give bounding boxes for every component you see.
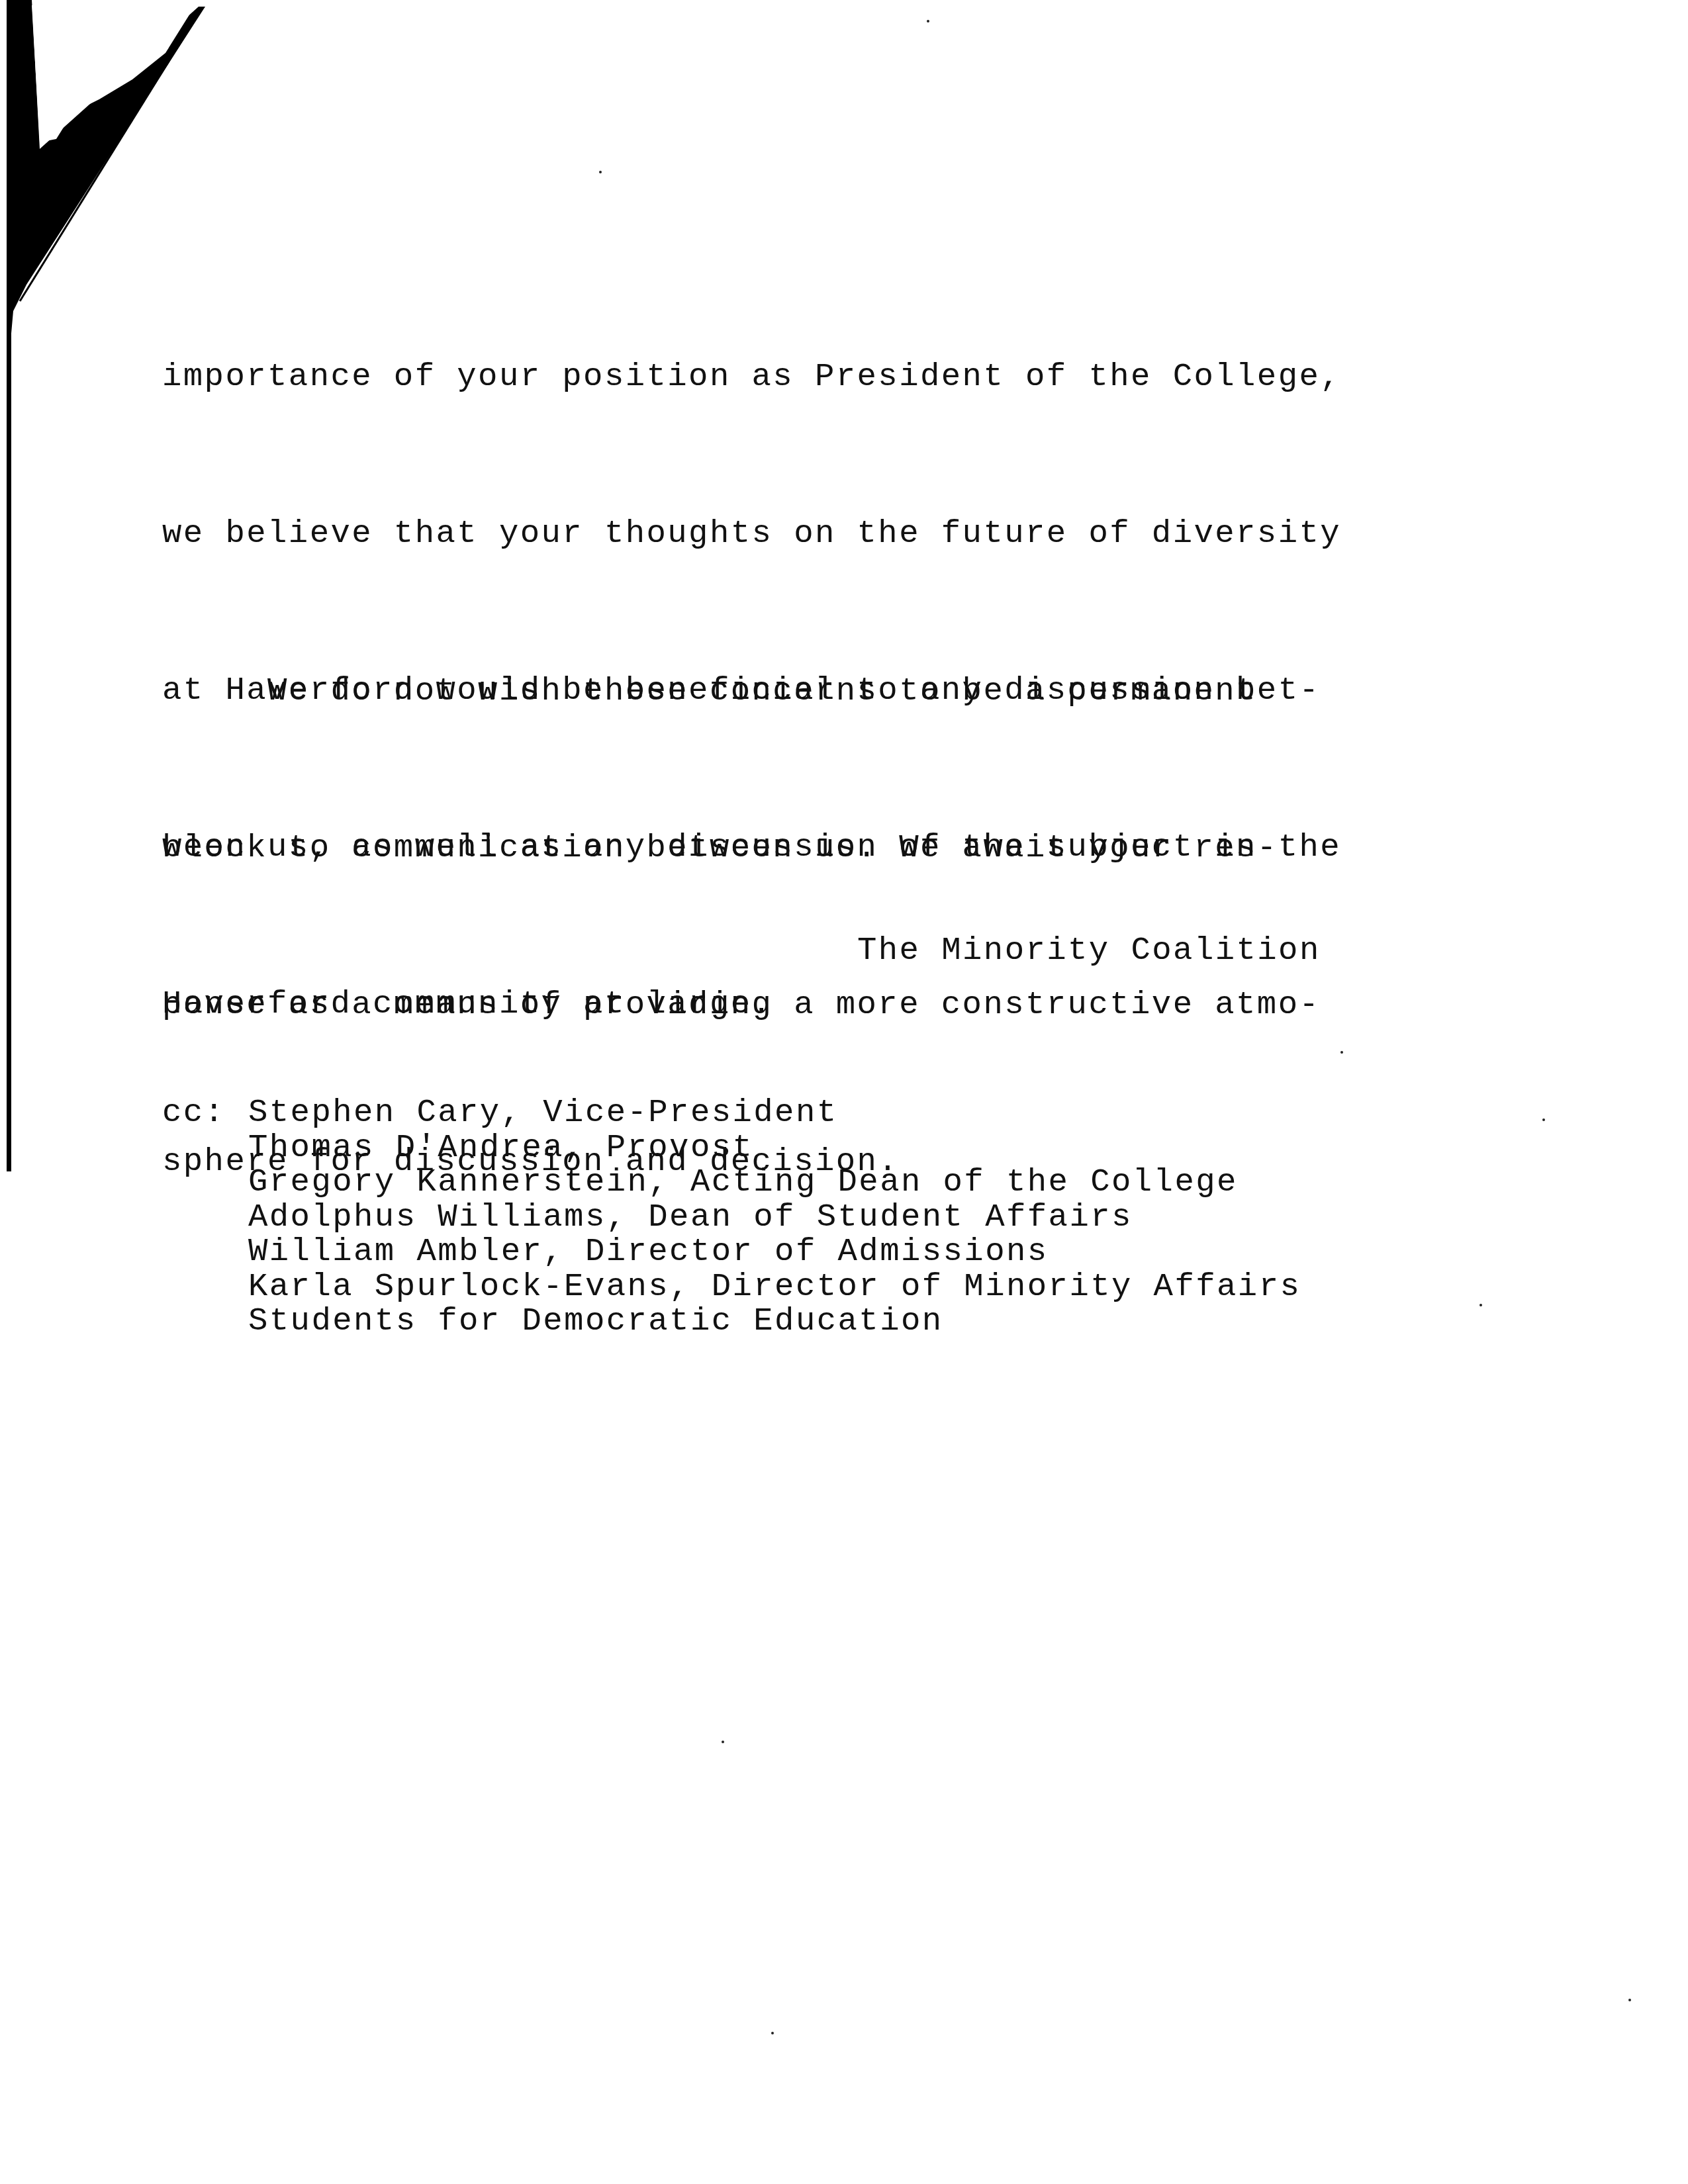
cc-list: cc:Stephen Cary, Vice-President Thomas D… [162, 1095, 1301, 1339]
cc-label: cc: [162, 1095, 248, 1130]
scan-speck [599, 171, 602, 173]
scan-speck [1479, 1304, 1482, 1306]
scan-speck [771, 2032, 774, 2034]
scan-speck [1340, 1051, 1343, 1054]
paragraph-line: We do not wish these concerns to be a pe… [162, 665, 1320, 717]
signature: The Minority Coalition [857, 932, 1321, 969]
cc-recipient: Stephen Cary, Vice-President [248, 1095, 838, 1130]
scan-speck [927, 20, 929, 23]
cc-recipient: William Ambler, Director of Admissions [248, 1234, 1049, 1269]
paragraph-line: block to communication between us. We aw… [162, 822, 1320, 874]
paragraph-line: importance of your position as President… [162, 351, 1341, 403]
scan-speck [1628, 1999, 1631, 2001]
cc-recipient: Gregory Kannerstein, Acting Dean of the … [248, 1165, 1238, 1200]
cc-recipient: Adolphus Williams, Dean of Student Affai… [248, 1200, 1133, 1235]
paragraph-line: we believe that your thoughts on the fut… [162, 508, 1341, 560]
scan-speck [722, 1741, 724, 1743]
cc-recipient: Thomas D'Andrea, Provost [248, 1130, 753, 1165]
cc-recipient: Karla Spurlock-Evans, Director of Minori… [248, 1269, 1301, 1304]
cc-recipient: Students for Democratic Education [248, 1304, 943, 1339]
scan-speck [1542, 1118, 1545, 1121]
paragraph-line: ponse as a means of providing a more con… [162, 979, 1320, 1031]
